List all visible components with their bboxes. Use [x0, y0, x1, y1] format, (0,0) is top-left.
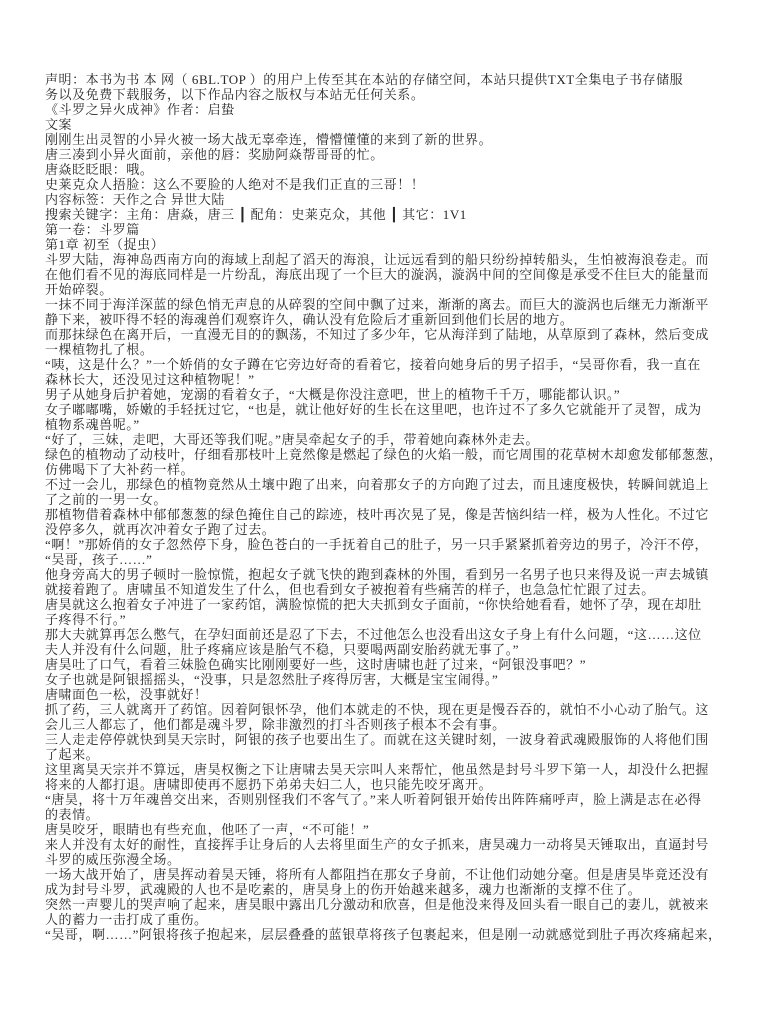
text-line: 搜索关键字：主角：唐焱，唐三 ┃ 配角：史莱克众，其他 ┃ 其它：1V1 — [45, 207, 723, 222]
text-line: 男子从她身后护着她，宠溺的看着女子，“大概是你没注意吧，世上的植物千千万，哪能都… — [45, 387, 723, 402]
text-line: 没停多久，就再次冲着女子跑了过去。 — [45, 522, 723, 537]
text-line: 那植物借着森林中郁郁葱葱的绿色掩住自己的踪迹，枝叶再次晃了晃，像是苦恼纠结一样，… — [45, 507, 723, 522]
text-line: 刚刚生出灵智的小异火被一场大战无辜牵连，懵懵懂懂的来到了新的世界。 — [45, 132, 723, 147]
text-line: 这里离昊天宗并不算远，唐昊权衡之下让唐啸去昊天宗叫人来帮忙，他虽然是封号斗罗下第… — [45, 762, 723, 777]
text-line: 史莱克众人捂脸：这么不要脸的人绝对不是我们正直的三哥！！ — [45, 177, 723, 192]
text-line: 植物系魂兽呢。” — [45, 417, 723, 432]
text-line: 务以及免费下载服务，以下作品内容之版权与本站无任何关系。 — [45, 87, 723, 102]
text-line: 三人走走停停就快到昊天宗时，阿银的孩子也要出生了。而就在这关键时刻，一波身着武魂… — [45, 732, 723, 747]
text-line: 唐三凑到小异火面前，亲他的唇：奖励阿焱帮哥哥的忙。 — [45, 147, 723, 162]
document-text-block: 声明：本书为书 本 网（ 6BL.TOP ）的用户上传至其在本站的存储空间，本站… — [45, 72, 723, 942]
text-line: 斗罗的威压弥漫全场。 — [45, 852, 723, 867]
text-line: 一场大战开始了，唐昊挥动着昊天锤，将所有人都阻挡在那女子身前，不让他们动她分毫。… — [45, 867, 723, 882]
text-line: 第一卷：斗罗篇 — [45, 222, 723, 237]
text-line: 会儿三人都忘了，他们都是魂斗罗，除非激烈的打斗否则孩子根本不会有事。 — [45, 717, 723, 732]
text-line: 将来的人都打退。唐啸即使再不愿扔下弟弟夫妇二人，也只能先咬牙离开。 — [45, 777, 723, 792]
text-line: 不过一会儿，那绿色的植物竟然从土壤中跑了出来，向着那女子的方向跑了过去，而且速度… — [45, 477, 723, 492]
text-line: 在他们看不见的海底同样是一片纷乱，海底出现了一个巨大的漩涡，漩涡中间的空间像是承… — [45, 267, 723, 282]
text-line: 而那抹绿色在离开后，一直漫无目的的飘荡，不知过了多少年，它从海洋到了陆地，从草原… — [45, 327, 723, 342]
text-line: 声明：本书为书 本 网（ 6BL.TOP ）的用户上传至其在本站的存储空间，本站… — [45, 72, 723, 87]
text-line: 女子嘟嘟嘴，娇嫩的手轻抚过它，“也是，就让他好好的生长在这里吧，也许过不了多久它… — [45, 402, 723, 417]
text-line: 第1章 初至（捉虫） — [45, 237, 723, 252]
text-line: 了起来。 — [45, 747, 723, 762]
text-line: 唐啸面色一松，没事就好！ — [45, 687, 723, 702]
text-line: 人的蓄力一击打成了重伤。 — [45, 912, 723, 927]
text-line: 突然一声婴儿的哭声响了起来，唐昊眼中露出几分激动和欣喜，但是他没来得及回头看一眼… — [45, 897, 723, 912]
text-line: 唐昊咬牙，眼睛也有些充血，他呸了一声，“不可能！” — [45, 822, 723, 837]
text-line: 《斗罗之异火成神》作者：启蛰 — [45, 102, 723, 117]
text-line: 来人并没有太好的耐性，直接挥手让身后的人去将里面生产的女子抓来，唐昊魂力一动将昊… — [45, 837, 723, 852]
text-line: 文案 — [45, 117, 723, 132]
text-line: 内容标签：天作之合 异世大陆 — [45, 192, 723, 207]
text-line: 森林长大，还没见过这种植物呢！” — [45, 372, 723, 387]
text-line: “吴哥，啊……”阿银将孩子抱起来，层层叠叠的蓝银草将孩子包裹起来，但是刚一动就感… — [45, 927, 723, 942]
text-line: 仿佛喝下了大补药一样。 — [45, 462, 723, 477]
text-line: 斗罗大陆，海神岛西南方向的海域上刮起了滔天的海浪，让远远看到的船只纷纷掉转船头，… — [45, 252, 723, 267]
text-line: 子疼得不行。” — [45, 612, 723, 627]
text-line: 了之前的一男一女。 — [45, 492, 723, 507]
text-line: 静下来，被吓得不轻的海魂兽们观察许久，确认没有危险后才重新回到他们长居的地方。 — [45, 312, 723, 327]
text-line: 他身旁高大的男子顿时一脸惊慌，抱起女子就飞快的跑到森林的外围，看到另一名男子也只… — [45, 567, 723, 582]
text-line: “唐昊，将十万年魂兽交出来，否则别怪我们不客气了。”来人听着阿银开始传出阵阵痛呼… — [45, 792, 723, 807]
text-line: 就接着跑了。唐啸虽不知道发生了什么，但也看到女子被抱着有些痛苦的样子，也急急忙忙… — [45, 582, 723, 597]
text-line: 绿色的植物动了动枝叶，仔细看那枝叶上竟然像是燃起了绿色的火焰一般，而它周围的花草… — [45, 447, 723, 462]
text-line: 一棵植物扎了根。 — [45, 342, 723, 357]
text-line: 开始碎裂。 — [45, 282, 723, 297]
text-line: 唐昊吐了口气，看着三妹脸色确实比刚刚要好一些，这时唐啸也赶了过来，“阿银没事吧？… — [45, 657, 723, 672]
text-line: 成为封号斗罗，武魂殿的人也不是吃素的，唐昊身上的伤开始越来越多，魂力也渐渐的支撑… — [45, 882, 723, 897]
text-line: 一抹不同于海洋深蓝的绿色悄无声息的从碎裂的空间中飘了过来，渐渐的离去。而巨大的漩… — [45, 297, 723, 312]
text-line: “吴哥，孩子……” — [45, 552, 723, 567]
text-line: “好了，三妹，走吧，大哥还等我们呢。”唐昊牵起女子的手，带着她向森林外走去。 — [45, 432, 723, 447]
text-line: 女子也就是阿银摇摇头，“没事，只是忽然肚子疼得厉害，大概是宝宝闹得。” — [45, 672, 723, 687]
text-line: 那大夫就算再怎么憋气，在孕妇面前还是忍了下去，不过他怎么也没看出这女子身上有什么… — [45, 627, 723, 642]
text-line: 抓了药，三人就离开了药馆。因着阿银怀孕，他们本就走的不快，现在更是慢吞吞的，就怕… — [45, 702, 723, 717]
text-line: 唐昊就这么抱着女子冲进了一家药馆，满脸惊慌的把大夫抓到女子面前，“你快给她看看，… — [45, 597, 723, 612]
text-line: “啊！”那娇俏的女子忽然停下身，脸色苍白的一手抚着自己的肚子，另一只手紧紧抓着旁… — [45, 537, 723, 552]
text-line: 夫人并没有什么问题，肚子疼痛应该是胎气不稳，只要喝两副安胎药就无事了。” — [45, 642, 723, 657]
text-line: 的表情。 — [45, 807, 723, 822]
text-line: “咦，这是什么？”一个娇俏的女子蹲在它旁边好奇的看着它，接着向她身后的男子招手，… — [45, 357, 723, 372]
document-page: 声明：本书为书 本 网（ 6BL.TOP ）的用户上传至其在本站的存储空间，本站… — [0, 0, 768, 1024]
text-line: 唐焱眨眨眼：哦。 — [45, 162, 723, 177]
